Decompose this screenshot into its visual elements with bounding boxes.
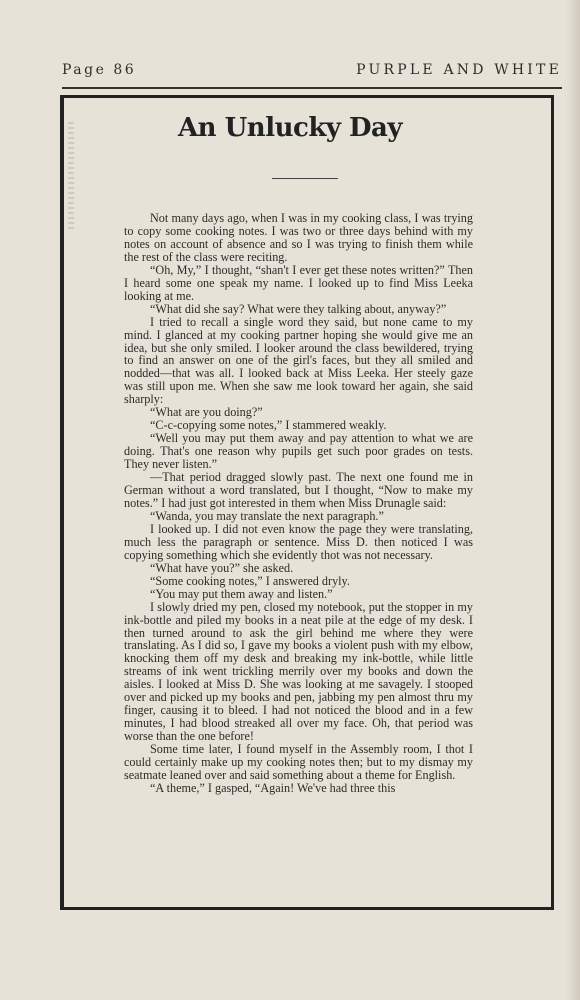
paragraph: Some time later, I found myself in the A… — [124, 743, 473, 782]
paragraph: I tried to recall a single word they sai… — [124, 316, 473, 407]
paragraph: “Oh, My,” I thought, “shan't I ever get … — [124, 264, 473, 303]
paragraph: —That period dragged slowly past. The ne… — [124, 471, 473, 510]
paragraph: “What have you?” she asked. — [124, 562, 473, 575]
paragraph: “Wanda, you may translate the next parag… — [124, 510, 473, 523]
title-divider — [272, 178, 338, 179]
paragraph: “What did she say? What were they talkin… — [124, 303, 473, 316]
paragraph: I slowly dried my pen, closed my noteboo… — [124, 601, 473, 743]
page-number: Page 86 — [62, 62, 136, 78]
paragraph: “Some cooking notes,” I answered dryly. — [124, 575, 473, 588]
journal-title: PURPLE AND WHITE — [356, 62, 562, 78]
paragraph: “You may put them away and listen.” — [124, 588, 473, 601]
paragraph: I looked up. I did not even know the pag… — [124, 523, 473, 562]
paragraph: Not many days ago, when I was in my cook… — [124, 212, 473, 264]
paragraph: “A theme,” I gasped, “Again! We've had t… — [124, 782, 473, 795]
page-edge-shadow — [566, 0, 580, 1000]
page-header: Page 86 PURPLE AND WHITE — [62, 62, 562, 84]
paragraph: “Well you may put them away and pay atte… — [124, 432, 473, 471]
header-rule — [62, 87, 562, 89]
article-title: An Unlucky Day — [0, 113, 580, 143]
article-body: Not many days ago, when I was in my cook… — [124, 212, 473, 795]
